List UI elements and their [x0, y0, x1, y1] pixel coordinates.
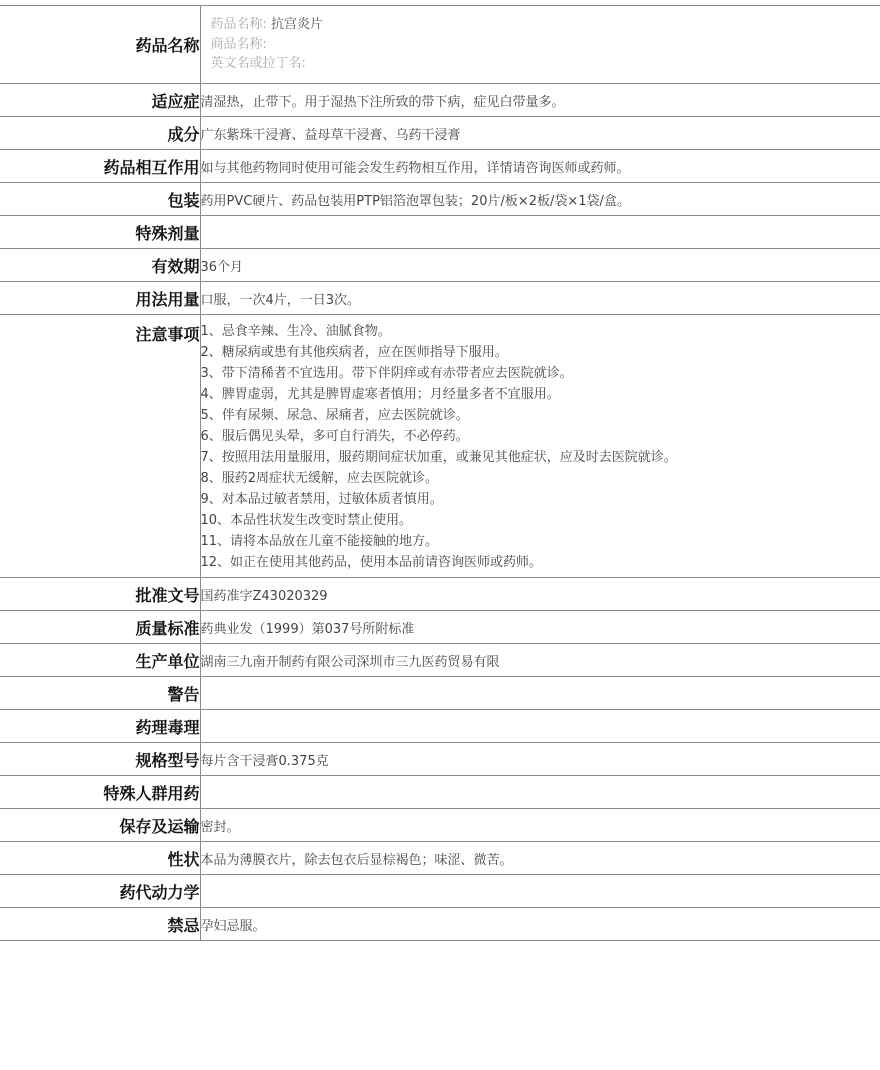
row-drug-interactions: 药品相互作用 如与其他药物同时使用可能会发生药物相互作用，详情请咨询医师或药师。 [0, 150, 880, 183]
row-label: 药代动力学 [0, 875, 200, 908]
precaution-item: 5、伴有尿频、尿急、尿痛者，应去医院就诊。 [201, 405, 880, 426]
row-label: 保存及运输 [0, 809, 200, 842]
row-label: 包装 [0, 183, 200, 216]
precaution-item: 2、糖尿病或患有其他疾病者，应在医师指导下服用。 [201, 342, 880, 363]
row-value: 湖南三九南开制药有限公司深圳市三九医药贸易有限 [200, 644, 880, 677]
row-value: 本品为薄膜衣片，除去包衣后显棕褐色；味涩、微苦。 [200, 842, 880, 875]
trade-name-line: 商品名称: [211, 35, 880, 55]
row-value: 清湿热，止带下。用于湿热下注所致的带下病，症见白带量多。 [200, 84, 880, 117]
row-value [200, 776, 880, 809]
english-name-label: 英文名或拉丁名: [211, 56, 306, 71]
row-label: 特殊剂量 [0, 216, 200, 249]
row-label: 有效期 [0, 249, 200, 282]
row-value: 国药准字Z43020329 [200, 578, 880, 611]
row-specification: 规格型号 每片含干浸膏0.375克 [0, 743, 880, 776]
drug-info-table-wrapper: 药品名称 药品名称: 抗宫炎片 商品名称: 英文名或拉丁名: 适应症 清湿热，止… [0, 5, 880, 941]
row-shelf-life: 有效期 36个月 [0, 249, 880, 282]
row-label: 成分 [0, 117, 200, 150]
row-value [200, 677, 880, 710]
row-pharmacokinetics: 药代动力学 [0, 875, 880, 908]
row-quality-standard: 质量标准 药典业发（1999）第037号所附标准 [0, 611, 880, 644]
precaution-item: 10、本品性状发生改变时禁止使用。 [201, 510, 880, 531]
row-label: 禁忌 [0, 908, 200, 941]
precaution-item: 6、服后偶见头晕，多可自行消失，不必停药。 [201, 426, 880, 447]
row-packaging: 包装 药用PVC硬片、药品包装用PTP铝箔泡罩包装；20片/板×2板/袋×1袋/… [0, 183, 880, 216]
generic-name-line: 药品名称: 抗宫炎片 [211, 15, 880, 35]
precaution-item: 1、忌食辛辣、生冷、油腻食物。 [201, 321, 880, 342]
drug-name-block: 药品名称: 抗宫炎片 商品名称: 英文名或拉丁名: [200, 6, 880, 84]
row-label: 生产单位 [0, 644, 200, 677]
row-label: 警告 [0, 677, 200, 710]
precaution-item: 9、对本品过敏者禁用，过敏体质者慎用。 [201, 489, 880, 510]
row-label: 特殊人群用药 [0, 776, 200, 809]
row-value [200, 875, 880, 908]
row-label: 用法用量 [0, 282, 200, 315]
row-label: 批准文号 [0, 578, 200, 611]
row-contraindications: 禁忌 孕妇忌服。 [0, 908, 880, 941]
row-label: 药品相互作用 [0, 150, 200, 183]
row-label: 规格型号 [0, 743, 200, 776]
precaution-item: 11、请将本品放在儿童不能接触的地方。 [201, 531, 880, 552]
row-value: 广东紫珠干浸膏、益母草干浸膏、乌药干浸膏 [200, 117, 880, 150]
generic-name-label: 药品名称: [211, 17, 267, 32]
row-value: 口服，一次4片，一日3次。 [200, 282, 880, 315]
row-label: 药理毒理 [0, 710, 200, 743]
row-pharmacology: 药理毒理 [0, 710, 880, 743]
row-storage: 保存及运输 密封。 [0, 809, 880, 842]
row-label: 注意事项 [0, 315, 200, 578]
precaution-item: 12、如正在使用其他药品，使用本品前请咨询医师或药师。 [201, 552, 880, 573]
trade-name-label: 商品名称: [211, 37, 267, 52]
row-drug-name: 药品名称 药品名称: 抗宫炎片 商品名称: 英文名或拉丁名: [0, 6, 880, 84]
row-label: 性状 [0, 842, 200, 875]
row-value [200, 216, 880, 249]
english-name-line: 英文名或拉丁名: [211, 54, 880, 74]
row-value: 药典业发（1999）第037号所附标准 [200, 611, 880, 644]
row-label: 质量标准 [0, 611, 200, 644]
row-indications: 适应症 清湿热，止带下。用于湿热下注所致的带下病，症见白带量多。 [0, 84, 880, 117]
row-precautions: 注意事项 1、忌食辛辣、生冷、油腻食物。 2、糖尿病或患有其他疾病者，应在医师指… [0, 315, 880, 578]
row-special-populations: 特殊人群用药 [0, 776, 880, 809]
row-manufacturer: 生产单位 湖南三九南开制药有限公司深圳市三九医药贸易有限 [0, 644, 880, 677]
precaution-item: 4、脾胃虚弱，尤其是脾胃虚寒者慎用；月经量多者不宜服用。 [201, 384, 880, 405]
row-special-dosage: 特殊剂量 [0, 216, 880, 249]
precaution-item: 8、服药2周症状无缓解，应去医院就诊。 [201, 468, 880, 489]
row-label: 药品名称 [0, 6, 200, 84]
row-warning: 警告 [0, 677, 880, 710]
row-approval-number: 批准文号 国药准字Z43020329 [0, 578, 880, 611]
row-value [200, 710, 880, 743]
precautions-list: 1、忌食辛辣、生冷、油腻食物。 2、糖尿病或患有其他疾病者，应在医师指导下服用。… [200, 315, 880, 578]
generic-name-value: 抗宫炎片 [271, 17, 323, 32]
row-ingredients: 成分 广东紫珠干浸膏、益母草干浸膏、乌药干浸膏 [0, 117, 880, 150]
drug-info-table: 药品名称 药品名称: 抗宫炎片 商品名称: 英文名或拉丁名: 适应症 清湿热，止… [0, 5, 880, 941]
precaution-item: 3、带下清稀者不宜选用。带下伴阴痒或有赤带者应去医院就诊。 [201, 363, 880, 384]
row-value: 密封。 [200, 809, 880, 842]
row-value: 孕妇忌服。 [200, 908, 880, 941]
row-value: 每片含干浸膏0.375克 [200, 743, 880, 776]
row-label: 适应症 [0, 84, 200, 117]
precaution-item: 7、按照用法用量服用，服药期间症状加重，或兼见其他症状，应及时去医院就诊。 [201, 447, 880, 468]
row-appearance: 性状 本品为薄膜衣片，除去包衣后显棕褐色；味涩、微苦。 [0, 842, 880, 875]
row-value: 药用PVC硬片、药品包装用PTP铝箔泡罩包装；20片/板×2板/袋×1袋/盒。 [200, 183, 880, 216]
row-dosage: 用法用量 口服，一次4片，一日3次。 [0, 282, 880, 315]
row-value: 如与其他药物同时使用可能会发生药物相互作用，详情请咨询医师或药师。 [200, 150, 880, 183]
row-value: 36个月 [200, 249, 880, 282]
